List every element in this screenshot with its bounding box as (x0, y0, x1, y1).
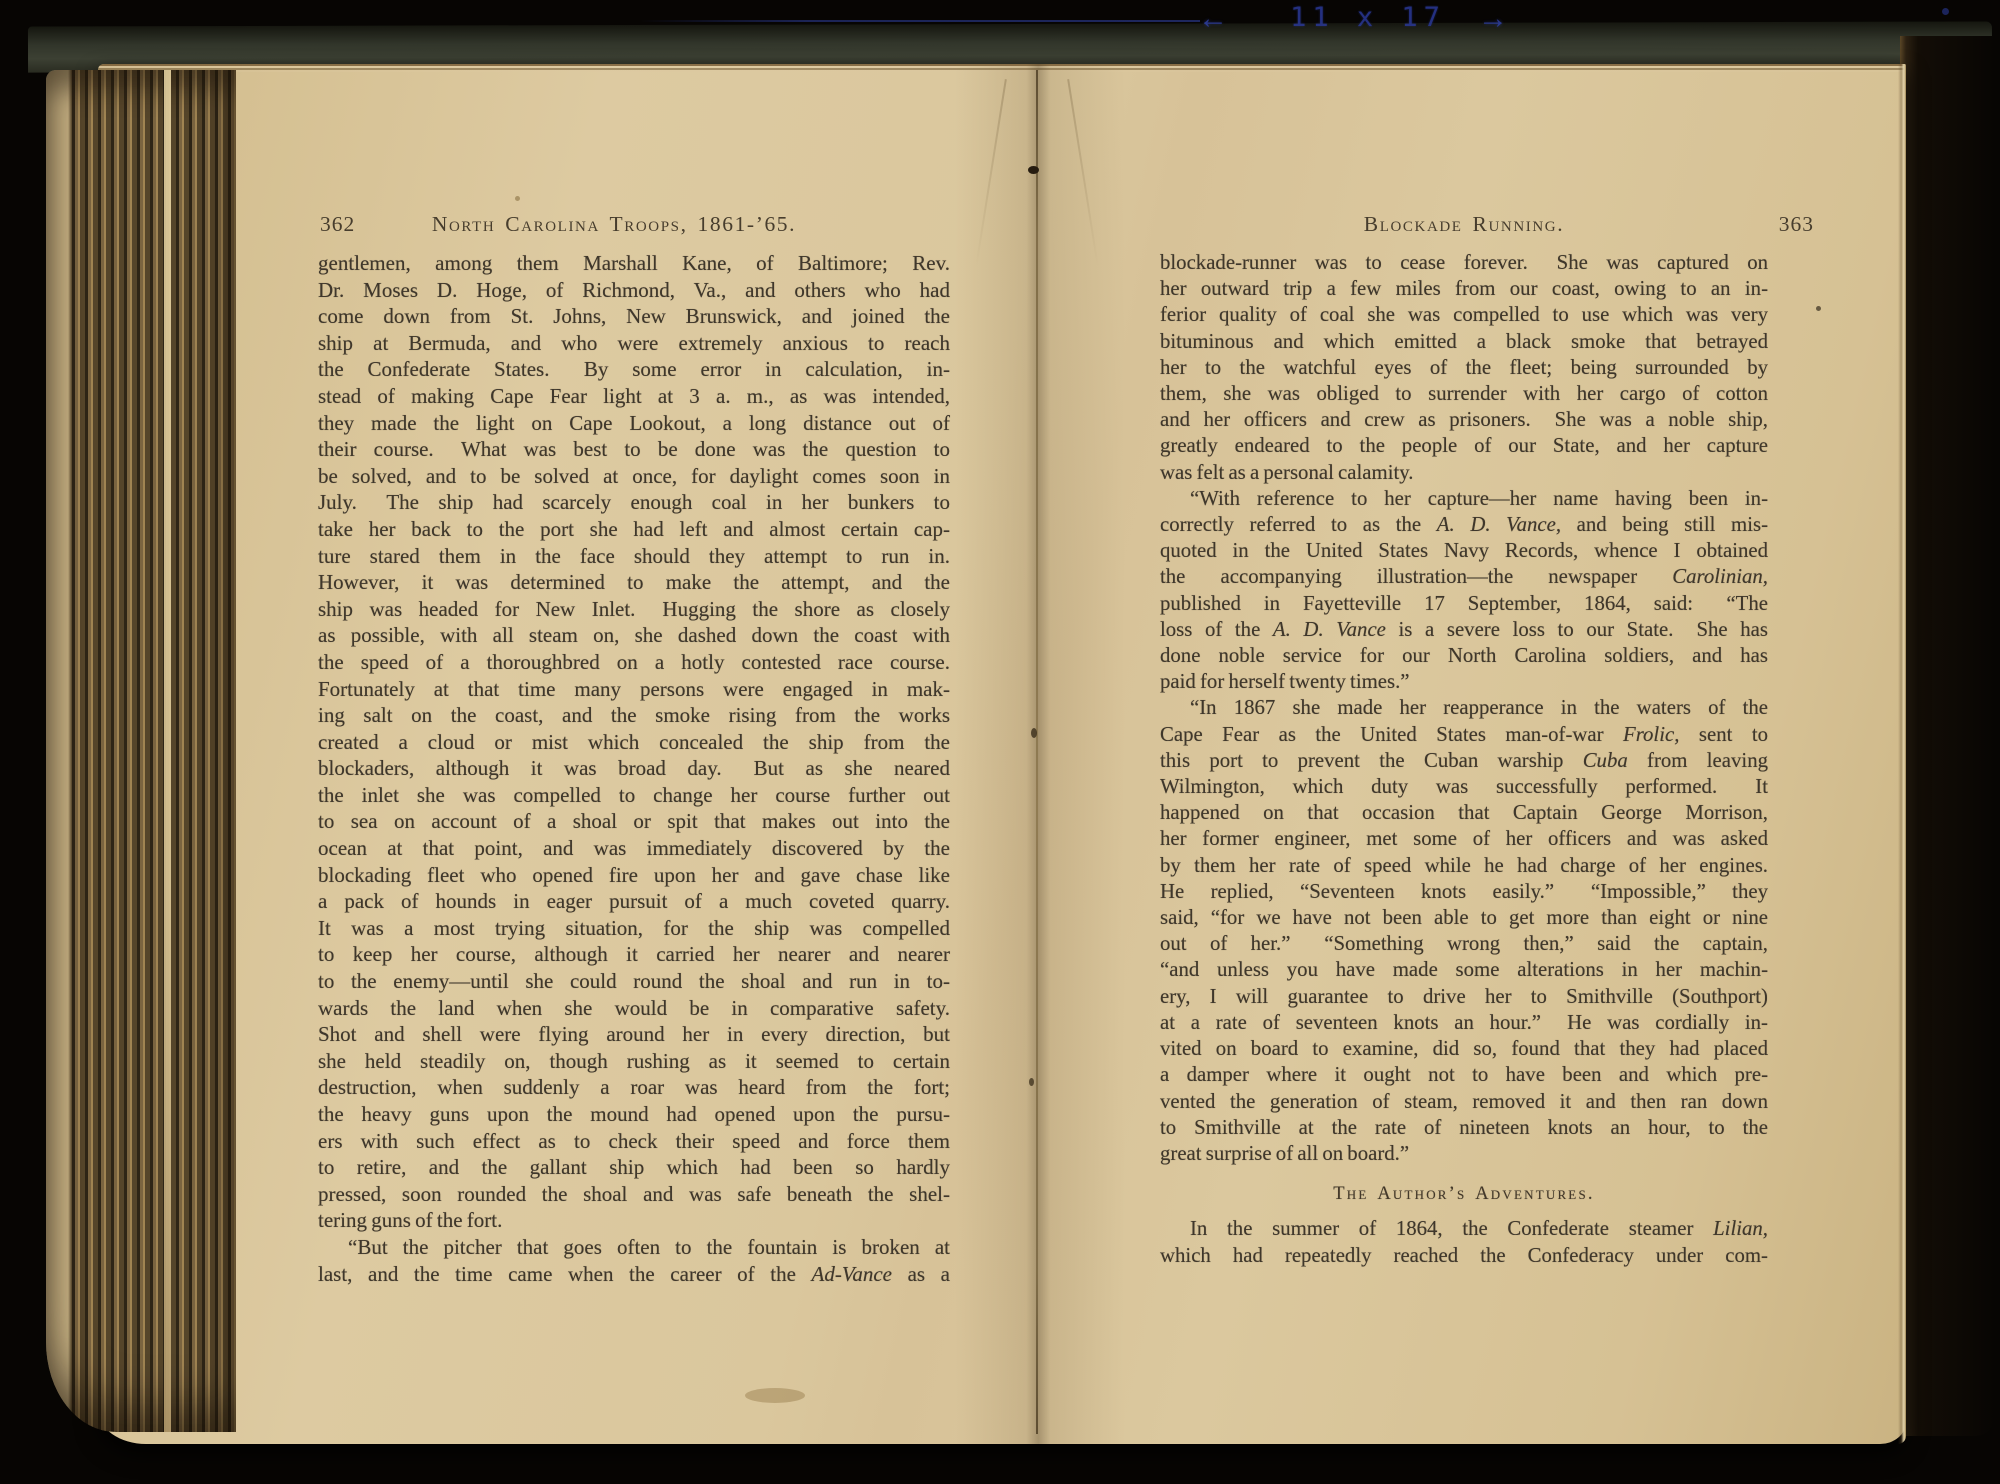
left-page-text: gentlemen, among them Marshall Kane, of … (318, 250, 950, 1287)
text-line: published in Fayetteville 17 September, … (1160, 591, 1768, 617)
right-page-number: 363 (1779, 212, 1814, 237)
text-line: come down from St. Johns, New Brunswick,… (318, 303, 950, 330)
text-line: the accompanying illustration—the newspa… (1160, 564, 1768, 590)
text-line: “With reference to her capture—her name … (1160, 486, 1768, 512)
text-line: the heavy guns upon the mound had opened… (318, 1101, 950, 1128)
text-line: to retire, and the gallant ship which ha… (318, 1154, 950, 1181)
scan-ruler-line (640, 20, 1200, 22)
text-line: ocean at that point, and was immediately… (318, 835, 950, 862)
text-line: Wilmington, which duty was successfully … (1160, 774, 1768, 800)
text-line: happened on that occasion that Captain G… (1160, 800, 1768, 826)
text-line: to keep her course, although it carried … (318, 941, 950, 968)
text-line: great surprise of all on board.” (1160, 1141, 1768, 1167)
text-line: last, and the time came when the career … (318, 1261, 950, 1288)
text-line: bituminous and which emitted a black smo… (1160, 329, 1768, 355)
text-line: said, “for we have not been able to get … (1160, 905, 1768, 931)
left-page-number: 362 (320, 212, 355, 237)
text-line: blockading fleet who opened fire upon he… (318, 862, 950, 889)
text-line: “But the pitcher that goes often to the … (318, 1234, 950, 1261)
scan-ruler-strip: ← 11 x 17 → (0, 0, 2000, 34)
text-line: He replied, “Seventeen knots easily.” “I… (1160, 879, 1768, 905)
text-line: destruction, when suddenly a roar was he… (318, 1074, 950, 1101)
text-line: Cape Fear as the United States man-of-wa… (1160, 722, 1768, 748)
text-line: take her back to the port she had left a… (318, 516, 950, 543)
scan-size-label: 11 x 17 (1268, 2, 1468, 33)
paper-speck (515, 196, 520, 201)
book-cover-right-edge (1900, 36, 1994, 1436)
text-line: vented the generation of steam, removed … (1160, 1089, 1768, 1115)
text-line: July. The ship had scarcely enough coal … (318, 489, 950, 516)
text-line: Shot and shell were flying around her in… (318, 1021, 950, 1048)
text-line: In the summer of 1864, the Confederate s… (1160, 1216, 1768, 1242)
text-line: the inlet she was compelled to change he… (318, 782, 950, 809)
right-running-head: Blockade Running. (1160, 212, 1768, 237)
text-line: this port to prevent the Cuban warship C… (1160, 748, 1768, 774)
text-line: as possible, with all steam on, she dash… (318, 622, 950, 649)
text-line: to the enemy—until she could round the s… (318, 968, 950, 995)
text-line: correctly referred to as the A. D. Vance… (1160, 512, 1768, 538)
text-line: her to the watchful eyes of the fleet; b… (1160, 355, 1768, 381)
text-line: ing salt on the coast, and the smoke ris… (318, 702, 950, 729)
right-page-header: Blockade Running. 363 (1160, 212, 1768, 242)
text-line: Fortunately at that time many persons we… (318, 676, 950, 703)
page-edge-highlight (164, 70, 171, 1432)
text-line: they made the light on Cape Lookout, a l… (318, 410, 950, 437)
text-line: ery, I will guarantee to drive her to Sm… (1160, 984, 1768, 1010)
section-heading: The Author’s Adventures. (1160, 1181, 1768, 1207)
text-line: ship was headed for New Inlet. Hugging t… (318, 596, 950, 623)
text-line: “In 1867 she made her reapperance in the… (1160, 695, 1768, 721)
gutter-shadow (955, 64, 1125, 1444)
text-line: which had repeatedly reached the Confede… (1160, 1243, 1768, 1269)
text-line: pressed, soon rounded the shoal and was … (318, 1181, 950, 1208)
text-line: done noble service for our North Carolin… (1160, 643, 1768, 669)
text-line: Dr. Moses D. Hoge, of Richmond, Va., and… (318, 277, 950, 304)
left-running-head: North Carolina Troops, 1861-’65. (318, 212, 950, 237)
gutter-line (1036, 70, 1038, 1434)
text-line: a pack of hounds in eager pursuit of a m… (318, 888, 950, 915)
text-line: was felt as a personal calamity. (1160, 460, 1768, 486)
text-line: them, she was obliged to surrender with … (1160, 381, 1768, 407)
right-arrow-icon: → (1478, 2, 1508, 36)
text-line: tering guns of the fort. (318, 1207, 950, 1234)
paper-speck (1029, 1078, 1034, 1086)
text-line: her former engineer, met some of her off… (1160, 826, 1768, 852)
paper-speck (1028, 166, 1039, 174)
text-line: gentlemen, among them Marshall Kane, of … (318, 250, 950, 277)
right-page-text: blockade-runner was to cease forever. Sh… (1160, 250, 1768, 1269)
text-line: the Confederate States. By some error in… (318, 356, 950, 383)
text-line: “and unless you have made some alteratio… (1160, 957, 1768, 983)
text-line: at a rate of seventeen knots an hour.” H… (1160, 1010, 1768, 1036)
text-line: blockade-runner was to cease forever. Sh… (1160, 250, 1768, 276)
text-line: out of her.” “Something wrong then,” sai… (1160, 931, 1768, 957)
text-line: paid for herself twenty times.” (1160, 669, 1768, 695)
text-line: by them her rate of speed while he had c… (1160, 853, 1768, 879)
text-line: to sea on account of a shoal or spit tha… (318, 808, 950, 835)
paper-speck (1816, 306, 1821, 311)
text-line: their course. What was best to be done w… (318, 436, 950, 463)
text-line: loss of the A. D. Vance is a severe loss… (1160, 617, 1768, 643)
text-line: ers with such effect as to check their s… (318, 1128, 950, 1155)
text-line: the speed of a thoroughbred on a hotly c… (318, 649, 950, 676)
text-line: she held steadily on, though rushing as … (318, 1048, 950, 1075)
text-line: ture stared them in the face should they… (318, 543, 950, 570)
scanner-bed: ← 11 x 17 → 362 North Carolina Troops, 1… (0, 0, 2000, 1484)
scan-mark-dot (1942, 8, 1949, 15)
paper-speck (1031, 728, 1037, 738)
text-line: It was a most trying situation, for the … (318, 915, 950, 942)
paper-stain (745, 1388, 805, 1403)
text-line: a damper where it ought not to have been… (1160, 1062, 1768, 1088)
left-page-header: 362 North Carolina Troops, 1861-’65. (318, 212, 950, 242)
text-line: blockaders, although it was broad day. B… (318, 755, 950, 782)
text-line: to Smithville at the rate of nineteen kn… (1160, 1115, 1768, 1141)
text-line: ferior quality of coal she was compelled… (1160, 302, 1768, 328)
text-line: her outward trip a few miles from our co… (1160, 276, 1768, 302)
page-edges-stack (46, 70, 236, 1432)
text-line: quoted in the United States Navy Records… (1160, 538, 1768, 564)
text-line: wards the land when she would be in comp… (318, 995, 950, 1022)
text-line: be solved, and to be solved at once, for… (318, 463, 950, 490)
text-line: and her officers and crew as prisoners. … (1160, 407, 1768, 433)
left-arrow-icon: ← (1198, 2, 1228, 36)
text-line: ship at Bermuda, and who were extremely … (318, 330, 950, 357)
text-line: stead of making Cape Fear light at 3 a. … (318, 383, 950, 410)
text-line: created a cloud or mist which concealed … (318, 729, 950, 756)
text-line: greatly endeared to the people of our St… (1160, 433, 1768, 459)
text-line: However, it was determined to make the a… (318, 569, 950, 596)
text-line: vited on board to examine, did so, found… (1160, 1036, 1768, 1062)
